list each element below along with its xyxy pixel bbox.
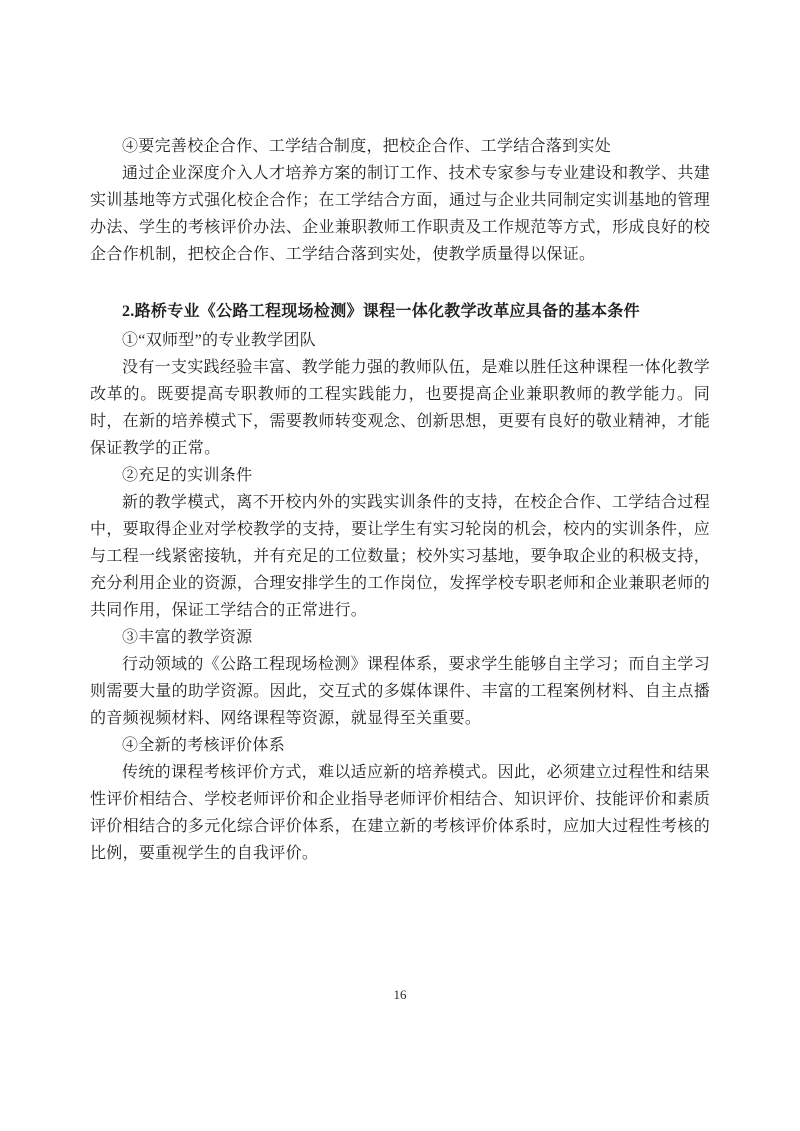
paragraph-item4-title: ④要完善校企合作、工学结合制度，把校企合作、工学结合落到实处 <box>90 133 710 160</box>
section-heading: 2.路桥专业《公路工程现场检测》课程一体化教学改革应具备的基本条件 <box>90 298 710 325</box>
subitem-4-paragraph: 传统的课程考核评价方式，难以适应新的培养模式。因此，必须建立过程性和结果性评价相… <box>90 759 710 867</box>
subitem-1-heading: ①“双师型”的专业教学团队 <box>90 327 710 354</box>
subitem-2-paragraph: 新的教学模式，离不开校内外的实践实训条件的支持，在校企合作、工学结合过程中，要取… <box>90 489 710 624</box>
document-page: ④要完善校企合作、工学结合制度，把校企合作、工学结合落到实处 通过企业深度介入人… <box>0 0 800 1131</box>
page-number: 16 <box>0 986 800 1004</box>
subitem-3-heading: ③丰富的教学资源 <box>90 624 710 651</box>
subitem-2-heading: ②充足的实训条件 <box>90 462 710 489</box>
subitem-1-paragraph: 没有一支实践经验丰富、教学能力强的教师队伍，是难以胜任这种课程一体化教学改革的。… <box>90 354 710 462</box>
text-body: ④要完善校企合作、工学结合制度，把校企合作、工学结合落到实处 通过企业深度介入人… <box>90 133 710 867</box>
subitem-3-paragraph: 行动领域的《公路工程现场检测》课程体系，要求学生能够自主学习；而自主学习则需要大… <box>90 651 710 732</box>
subitem-4-heading: ④全新的考核评价体系 <box>90 732 710 759</box>
paragraph-item4-body: 通过企业深度介入人才培养方案的制订工作、技术专家参与专业建设和教学、共建实训基地… <box>90 160 710 268</box>
